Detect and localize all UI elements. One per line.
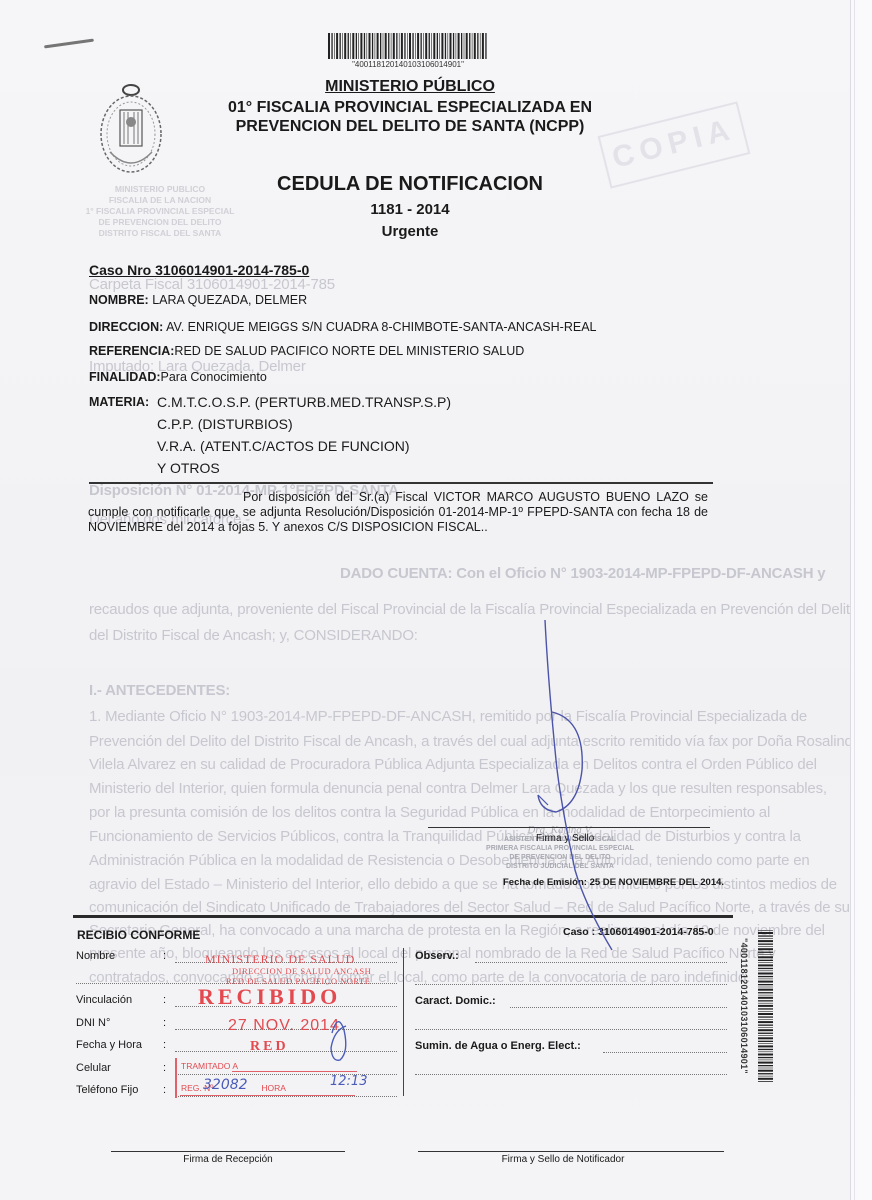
stamp-tramitado: TRAMITADO A xyxy=(181,1061,238,1071)
receipt-field-label: Teléfono Fijo xyxy=(76,1084,138,1096)
fiscalia-line-1: 01° FISCALIA PROVINCIAL ESPECIALIZADA EN xyxy=(180,98,640,117)
barcode-number: "400118120140103106014901" xyxy=(300,60,516,69)
materia-item: C.P.P. (DISTURBIOS) xyxy=(157,416,293,432)
ghost-text-line: Prevención del Delito del Distrito Fisca… xyxy=(89,733,861,750)
emblem-caption-line: FISCALIA DE LA NACION xyxy=(60,195,260,206)
field-direccion: DIRECCION: AV. ENRIQUE MEIGGS S/N CUADRA… xyxy=(89,320,597,334)
materia-label: MATERIA: xyxy=(89,395,149,409)
handwritten-reg-number: 32082 xyxy=(203,1077,248,1093)
receipt-title: RECIBIO CONFORME xyxy=(77,928,200,942)
priority-label: Urgente xyxy=(300,223,520,240)
fiscalia-heading: 01° FISCALIA PROVINCIAL ESPECIALIZADA EN… xyxy=(180,98,640,136)
stamp-line xyxy=(232,1071,357,1072)
notification-body-text: Por disposición del Sr.(a) Fiscal VICTOR… xyxy=(88,490,708,534)
seal-line: DE PREVENCION DEL DELITO xyxy=(480,853,640,862)
receipt-field-colon: : xyxy=(163,1062,166,1074)
document-title: CEDULA DE NOTIFICACION xyxy=(200,173,620,196)
receipt-field-colon: : xyxy=(163,1017,166,1029)
field-value: RED DE SALUD PACIFICO NORTE DEL MINISTER… xyxy=(174,344,524,358)
fiscalia-line-2: PREVENCION DEL DELITO DE SANTA (NCPP) xyxy=(180,117,640,136)
stamp-red: RED xyxy=(250,1039,289,1055)
receipt-field-label: DNI N° xyxy=(76,1017,110,1029)
side-barcode-number: "400118120140103106014901" xyxy=(735,932,749,1080)
barcode-icon xyxy=(328,33,488,59)
field-label: NOMBRE: xyxy=(89,293,149,307)
ghost-text-line: Carpeta Fiscal 3106014901-2014-785 xyxy=(89,276,335,293)
field-value: AV. ENRIQUE MEIGGS S/N CUADRA 8-CHIMBOTE… xyxy=(163,320,596,334)
receipt-field-colon: : xyxy=(163,950,166,962)
receipt-observation-input[interactable] xyxy=(415,1029,727,1030)
signature-label: Firma y Sello xyxy=(536,833,594,844)
handwritten-hour: 12:13 xyxy=(330,1074,367,1089)
materia-item: Y OTROS xyxy=(157,460,220,476)
receipt-field-colon: : xyxy=(163,1039,166,1051)
ghost-text-line: Funcionamiento de Servicios Públicos, co… xyxy=(89,828,801,845)
emblem-caption-line: 1° FISCALIA PROVINCIAL ESPECIAL xyxy=(60,206,260,217)
materia-item: V.R.A. (ATENT.C/ACTOS DE FUNCION) xyxy=(157,438,410,454)
stamp-direccion: DIRECCION DE SALUD ANCASH xyxy=(232,966,371,976)
notifier-signature-label: Firma y Sello de Notificador xyxy=(418,1154,708,1165)
field-label: DIRECCION: xyxy=(89,320,163,334)
ghost-text-line: del Distrito Fiscal de Ancash; y, CONSID… xyxy=(89,627,418,644)
document-page: Carpeta Fiscal 3106014901-2014-785Imputa… xyxy=(0,0,850,1200)
stamp-ministerio-salud: MINISTERIO DE SALUD xyxy=(205,952,355,967)
field-label: REFERENCIA: xyxy=(89,344,174,358)
ministerio-emblem-icon xyxy=(98,82,164,177)
scan-mark xyxy=(44,39,94,49)
field-label: FINALIDAD: xyxy=(89,370,161,384)
receipt-column-divider xyxy=(403,948,404,1096)
ghost-text-line: DADO CUENTA: Con el Oficio N° 1903-2014-… xyxy=(340,565,825,582)
field-referencia: REFERENCIA:RED DE SALUD PACIFICO NORTE D… xyxy=(89,344,524,358)
emblem-caption-line: DISTRITO FISCAL DEL SANTA xyxy=(60,228,260,239)
ghost-text-line: por la presunta comisión de los delitos … xyxy=(89,804,770,821)
receipt-field-colon: : xyxy=(163,994,166,1006)
stamp-recibido: RECIBIDO xyxy=(198,984,341,1010)
field-value: Para Conocimiento xyxy=(161,370,267,384)
section-divider xyxy=(89,482,713,484)
issue-date: Fecha de Emisión: 25 DE NOVIEMBRE DEL 20… xyxy=(503,877,724,888)
side-barcode-icon xyxy=(758,930,773,1082)
seal-line: PRIMERA FISCALIA PROVINCIAL ESPECIAL xyxy=(480,844,640,853)
receipt-field-label: Fecha y Hora xyxy=(76,1039,142,1051)
receipt-observation-label: Observ.: xyxy=(415,950,459,962)
case-number: Caso Nro 3106014901-2014-785-0 xyxy=(89,262,309,278)
receipt-field-colon: : xyxy=(163,1084,166,1096)
ghost-text-line: Ministerio del Interior, quien formula d… xyxy=(89,780,827,797)
stamp-line xyxy=(180,1095,355,1096)
receipt-observation-input[interactable] xyxy=(415,1074,727,1075)
ghost-text-line: agravio del Estado – Ministerio del Inte… xyxy=(89,876,837,893)
receipt-observation-input[interactable] xyxy=(415,984,727,985)
materia-item: C.M.T.C.O.S.P. (PERTURB.MED.TRANSP.S.P) xyxy=(157,394,451,410)
receipt-observation-label: Sumin. de Agua o Energ. Elect.: xyxy=(415,1040,581,1052)
notifier-signature-line xyxy=(418,1151,724,1152)
receipt-observation-label: Caract. Domic.: xyxy=(415,995,496,1007)
receipt-field-label: Vinculación xyxy=(76,994,132,1006)
field-finalidad: FINALIDAD:Para Conocimiento xyxy=(89,370,267,384)
notification-body: Por disposición del Sr.(a) Fiscal VICTOR… xyxy=(88,490,708,535)
receipt-observation-input[interactable] xyxy=(510,1007,727,1008)
ghost-text-line: 1. Mediante Oficio N° 1903-2014-MP-FPEPD… xyxy=(89,708,807,725)
receipt-signature-label: Firma de Recepción xyxy=(111,1154,345,1165)
receipt-field-label: Nombre xyxy=(76,950,115,962)
page-edge xyxy=(850,0,872,1200)
field-nombre: NOMBRE: LARA QUEZADA, DELMER xyxy=(89,293,307,307)
document-number: 1181 - 2014 xyxy=(300,201,520,218)
field-value: LARA QUEZADA, DELMER xyxy=(149,293,307,307)
emblem-caption-line: DE PREVENCION DEL DELITO xyxy=(60,217,260,228)
receipt-field-label: Celular xyxy=(76,1062,111,1074)
ministerio-heading: MINISTERIO PÚBLICO xyxy=(250,78,570,96)
ghost-text-line: I.- ANTECEDENTES: xyxy=(89,682,230,699)
ghost-text-line: Administración Pública en la modalidad d… xyxy=(89,852,810,869)
stamp-date: 27 NOV. 2014 xyxy=(228,1017,340,1035)
signature-line xyxy=(428,827,710,828)
receipt-signature-line xyxy=(111,1151,345,1152)
seal-line: DISTRITO JUDICIAL DEL SANTA xyxy=(480,862,640,871)
receipt-observation-input[interactable] xyxy=(603,1052,727,1053)
ghost-text-line: comunicación del Sindicato Unificado de … xyxy=(89,899,850,916)
ghost-text-line: recaudos que adjunta, proveniente del Fi… xyxy=(89,601,858,618)
stamp-hora-label: HORA xyxy=(261,1083,286,1093)
receipt-case-number: Caso : 3106014901-2014-785-0 xyxy=(563,926,714,938)
receipt-observation-input[interactable] xyxy=(475,962,727,963)
receipt-divider xyxy=(73,915,733,918)
ghost-text-line: Vilela Alvarez en su calidad de Procurad… xyxy=(89,756,817,773)
